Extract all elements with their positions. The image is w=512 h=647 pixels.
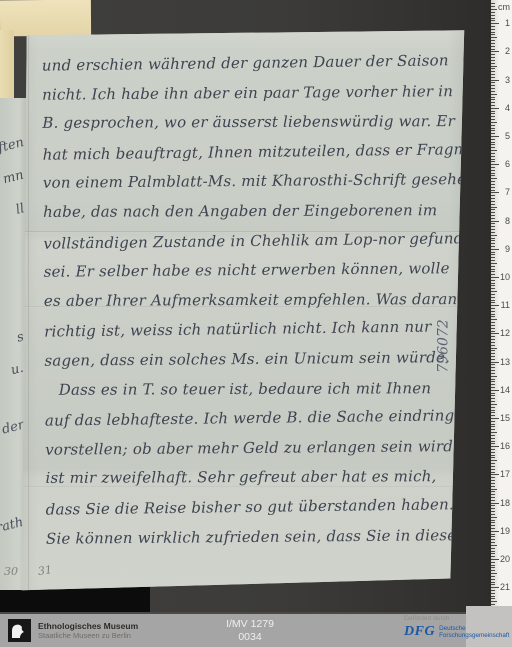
ruler-tick [491, 556, 495, 557]
ruler-tick [491, 483, 495, 484]
handwritten-line: vollständigen Zustande in Chehlik am Lop… [43, 229, 482, 253]
measuring-ruler: cm 12345678910111213141516171819202122 [491, 0, 512, 620]
shelfmark-reference: I/MV 1279 0034 [190, 618, 310, 644]
ruler-tick [491, 175, 495, 176]
ruler-tick [491, 159, 495, 160]
ruler-tick [491, 246, 495, 247]
ruler-tick [491, 243, 495, 244]
ruler-tick [491, 551, 495, 552]
ruler-number: 8 [505, 216, 510, 226]
ruler-number: 10 [500, 272, 510, 282]
ruler-tick [491, 209, 495, 210]
ruler-tick [491, 472, 495, 473]
shelfmark-line2: 0034 [190, 631, 310, 644]
ruler-tick [491, 460, 497, 461]
ruler-tick [491, 119, 495, 120]
ruler-tick [491, 596, 495, 597]
ruler-tick [491, 410, 495, 411]
ruler-tick [491, 54, 495, 55]
ruler-tick [491, 522, 495, 523]
ruler-tick [491, 122, 497, 123]
ruler-tick [491, 500, 495, 501]
ruler-tick [491, 314, 495, 315]
ruler-tick [491, 565, 495, 566]
ruler-number: 13 [500, 357, 510, 367]
ruler-tick [491, 331, 495, 332]
ruler-tick [491, 9, 497, 10]
pencil-page-number: 31 [37, 563, 53, 578]
ruler-tick [491, 387, 495, 388]
museum-glyph-icon [8, 619, 31, 642]
ruler-tick [491, 345, 495, 346]
ruler-number: 15 [500, 413, 510, 423]
ruler-tick [491, 18, 495, 19]
ruler-tick [491, 195, 495, 196]
ruler-tick [491, 29, 495, 30]
ruler-tick [491, 108, 499, 109]
ruler-tick [491, 142, 495, 143]
ruler-tick [491, 466, 495, 467]
dfg-name: Deutsche Forschungsgemeinschaft [439, 625, 509, 639]
ruler-tick [491, 181, 495, 182]
handwritten-line: Dass es in T. so teuer ist, bedaure ich … [59, 379, 432, 399]
ruler-tick [491, 99, 495, 100]
ruler-tick [491, 51, 499, 52]
ruler-tick [491, 46, 495, 47]
ruler-tick [491, 130, 495, 131]
ruler-tick [491, 221, 499, 222]
handwritten-line: nicht. Ich habe ihn aber ein paar Tage v… [42, 82, 453, 104]
ruler-tick [491, 601, 497, 602]
ruler-tick [491, 266, 495, 267]
ruler-tick [491, 393, 495, 394]
ruler-tick [491, 339, 495, 340]
museum-name: Ethnologisches Museum [38, 621, 138, 631]
dfg-name-line1: Deutsche [439, 625, 466, 632]
facing-page-fragment: u. [10, 361, 26, 379]
ruler-tick [491, 57, 495, 58]
ruler-tick [491, 6, 495, 7]
ruler-number: 12 [500, 328, 510, 338]
ruler-tick [491, 238, 495, 239]
ruler-number: 20 [500, 554, 510, 564]
ruler-tick [491, 116, 495, 117]
ruler-tick [491, 525, 495, 526]
ruler-tick [491, 579, 495, 580]
ruler-tick [491, 280, 495, 281]
facing-page-number: 30 [4, 565, 18, 578]
ruler-tick [491, 111, 495, 112]
ruler-tick [491, 285, 495, 286]
ruler-tick [491, 311, 495, 312]
ruler-tick [491, 319, 497, 320]
ruler-number: 3 [505, 75, 510, 85]
ruler-tick [491, 136, 499, 137]
ruler-tick [491, 435, 495, 436]
ruler-tick [491, 190, 495, 191]
ruler-tick [491, 426, 495, 427]
ruler-tick [491, 373, 495, 374]
ruler-tick [491, 376, 497, 377]
ruler-tick [491, 271, 495, 272]
ruler-tick [491, 229, 495, 230]
ruler-number: 1 [505, 18, 510, 28]
ruler-tick [491, 590, 495, 591]
ruler-tick [491, 167, 495, 168]
ruler-tick [491, 291, 497, 292]
footer-bar: Ethnologisches Museum Staatliche Museen … [0, 612, 512, 647]
ruler-tick [491, 297, 495, 298]
ruler-tick [491, 235, 497, 236]
ruler-tick [491, 452, 495, 453]
ruler-tick [491, 170, 495, 171]
ruler-tick [491, 252, 495, 253]
ruler-number: 2 [505, 46, 510, 56]
ruler-tick [491, 257, 495, 258]
ruler-tick [491, 40, 495, 41]
ruler-tick [491, 37, 497, 38]
ruler-tick [491, 277, 499, 278]
ruler-tick [491, 584, 495, 585]
ruler-tick [491, 553, 495, 554]
ruler-tick [491, 80, 499, 81]
ruler-number: 9 [505, 244, 510, 254]
adjacent-page-edge [0, 30, 14, 105]
ruler-tick [491, 263, 497, 264]
ruler-number: 14 [500, 385, 510, 395]
ruler-tick [491, 353, 495, 354]
ruler-tick [491, 322, 495, 323]
ruler-tick [491, 342, 495, 343]
ruler-tick [491, 254, 495, 255]
ruler-tick [491, 173, 495, 174]
ruler-tick [491, 381, 495, 382]
ruler-tick [491, 3, 495, 4]
ruler-tick [491, 77, 495, 78]
museum-subtitle: Staatliche Museen zu Berlin [38, 631, 138, 640]
ruler-tick [491, 12, 495, 13]
ruler-tick [491, 604, 495, 605]
ruler-tick [491, 395, 495, 396]
ruler-tick [491, 32, 495, 33]
ruler-tick [491, 548, 495, 549]
ruler-tick [491, 384, 495, 385]
ruler-tick [491, 536, 495, 537]
handwritten-line: habe, das nach den Angaben der Eingebore… [43, 201, 437, 221]
ruler-tick [491, 359, 495, 360]
handwritten-line: und erschien während der ganzen Dauer de… [42, 51, 449, 74]
ruler-tick [491, 43, 495, 44]
ruler-tick [491, 153, 495, 154]
museum-logo-icon [8, 619, 31, 642]
ruler-tick [491, 156, 495, 157]
ruler-tick [491, 379, 495, 380]
ruler-tick [491, 489, 497, 490]
ruler-tick [491, 545, 497, 546]
ruler-tick [491, 226, 495, 227]
ruler-tick [491, 514, 495, 515]
ruler-tick [491, 150, 497, 151]
ruler-tick [491, 401, 495, 402]
ruler-tick [491, 348, 497, 349]
ruler-number: 7 [505, 187, 510, 197]
handwritten-line: sagen, dass ein solches Ms. ein Unicum s… [44, 348, 450, 370]
ruler-number: 5 [505, 131, 510, 141]
ruler-tick [491, 457, 495, 458]
ruler-tick [491, 367, 495, 368]
ruler-tick [491, 438, 495, 439]
ruler-number: 17 [500, 469, 510, 479]
ruler-tick [491, 328, 495, 329]
handwritten-line: sei. Er selber habe es nicht erwerben kö… [44, 259, 450, 281]
ruler-tick [491, 455, 495, 456]
ruler-tick [491, 463, 495, 464]
ruler-tick [491, 240, 495, 241]
ruler-tick [491, 232, 495, 233]
handwritten-line: B. gesprochen, wo er äusserst liebenswür… [42, 112, 455, 132]
funding-credit: Gefördert durch DFG Deutsche Forschungsg… [404, 615, 504, 640]
ruler-tick [491, 449, 495, 450]
handwritten-line: hat mich beauftragt, Ihnen mitzuteilen, … [43, 140, 503, 164]
ruler-tick [491, 305, 499, 306]
ruler-number: 4 [505, 103, 510, 113]
ruler-tick [491, 441, 495, 442]
ruler-tick [491, 582, 495, 583]
ruler-tick [491, 505, 495, 506]
facing-page-fragment: rath [0, 515, 25, 536]
ruler-tick [491, 71, 495, 72]
ruler-tick [491, 113, 495, 114]
ruler-tick [491, 274, 495, 275]
ruler-tick [491, 429, 495, 430]
ruler-number: 16 [500, 441, 510, 451]
ruler-tick [491, 23, 499, 24]
ruler-tick [491, 486, 495, 487]
ruler-tick [491, 15, 495, 16]
ruler-tick [491, 102, 495, 103]
ruler-tick [491, 269, 495, 270]
ruler-tick [491, 528, 495, 529]
ruler-tick [491, 494, 495, 495]
ruler-tick [491, 370, 495, 371]
dfg-logo: DFG [404, 624, 435, 640]
ruler-tick [491, 356, 495, 357]
ruler-tick [491, 26, 495, 27]
ruler-tick [491, 283, 495, 284]
ruler-tick [491, 105, 495, 106]
ruler-tick [491, 421, 495, 422]
ruler-tick [491, 573, 497, 574]
ruler-tick [491, 128, 495, 129]
ruler-tick [491, 97, 495, 98]
ruler-tick [491, 446, 499, 447]
ruler-tick [491, 511, 495, 512]
ruler-tick [491, 390, 499, 391]
ruler-tick [491, 474, 499, 475]
archival-scan-view: ftenmnllsu.derrath 30 und erschien währe… [0, 0, 512, 647]
ruler-tick [491, 184, 495, 185]
ruler-tick [491, 407, 495, 408]
ruler-tick [491, 469, 495, 470]
ruler-tick [491, 125, 495, 126]
ruler-tick [491, 559, 499, 560]
facing-page-fragment: ften [0, 135, 25, 156]
ruler-tick [491, 178, 497, 179]
ruler-tick [491, 192, 499, 193]
ruler-tick [491, 598, 495, 599]
ruler-tick [491, 531, 499, 532]
ruler-tick [491, 294, 495, 295]
handwritten-line: es aber Ihrer Aufmerksamkeit empfehlen. … [44, 290, 457, 310]
ruler-tick [491, 567, 495, 568]
ruler-tick [491, 82, 495, 83]
ruler-tick [491, 542, 495, 543]
handwritten-line: von einem Palmblatt-Ms. mit Kharosthi-Sc… [43, 170, 476, 192]
ruler-tick [491, 497, 495, 498]
ruler-tick [491, 288, 495, 289]
ruler-tick [491, 418, 499, 419]
ruler-tick [491, 398, 495, 399]
ruler-number: 11 [501, 300, 510, 310]
ruler-tick [491, 63, 495, 64]
ruler-tick [491, 336, 495, 337]
shelfmark-line1: I/MV 1279 [190, 618, 310, 631]
ruler-number: 21 [500, 582, 510, 592]
ruler-tick [491, 49, 495, 50]
ruler-tick [491, 517, 497, 518]
ruler-tick [491, 223, 495, 224]
ruler-tick [491, 443, 495, 444]
ruler-tick [491, 302, 495, 303]
ruler-tick [491, 164, 499, 165]
museum-branding: Ethnologisches Museum Staatliche Museen … [8, 619, 138, 642]
ruler-tick [491, 66, 497, 67]
ruler-tick [491, 587, 499, 588]
vertical-inventory-annotation: 796072 [435, 319, 451, 372]
ruler-tick [491, 424, 495, 425]
handwritten-line: auf das lebhafteste. Ich werde B. die Sa… [45, 406, 483, 430]
ruler-tick [491, 539, 495, 540]
ruler-tick [491, 94, 497, 95]
dfg-logo-row: DFG Deutsche Forschungsgemeinschaft [404, 624, 504, 640]
ruler-tick [491, 133, 495, 134]
ruler-tick [491, 74, 495, 75]
ruler-unit-label: cm [498, 2, 510, 12]
ruler-tick [491, 308, 495, 309]
ruler-tick [491, 161, 495, 162]
ruler-tick [491, 362, 499, 363]
ruler-tick [491, 570, 495, 571]
handwritten-line: dass Sie die Reise bisher so gut übersta… [46, 495, 454, 518]
ruler-tick [491, 562, 495, 563]
ruler-tick [491, 20, 495, 21]
ruler-tick [491, 198, 495, 199]
handwritten-line: richtig ist, weiss ich natürlich nicht. … [44, 318, 432, 341]
ruler-number: 6 [505, 159, 510, 169]
ruler-tick [491, 91, 495, 92]
ruler-tick [491, 415, 495, 416]
ruler-tick [491, 520, 495, 521]
ruler-tick [491, 364, 495, 365]
ruler-tick [491, 503, 499, 504]
ruler-tick [491, 187, 495, 188]
facing-page-fragment: der [0, 418, 25, 438]
ruler-number: 19 [500, 526, 510, 536]
ruler-tick [491, 477, 495, 478]
handwritten-line: ist mir zweifelhaft. Sehr gefreut aber h… [45, 468, 436, 488]
handwritten-line: vorstellen; ob aber mehr Geld zu erlange… [45, 437, 458, 459]
ruler-tick [491, 201, 495, 202]
ruler-tick [491, 576, 495, 577]
ruler-tick [491, 139, 495, 140]
ruler-tick [491, 491, 495, 492]
ruler-tick [491, 480, 495, 481]
ruler-tick [491, 534, 495, 535]
ruler-tick [491, 412, 495, 413]
ruler-tick [491, 60, 495, 61]
ruler-number: 18 [500, 498, 510, 508]
ruler-tick [491, 34, 495, 35]
ruler-tick [491, 249, 499, 250]
ruler-tick [491, 215, 495, 216]
dfg-name-line2: Forschungsgemeinschaft [439, 632, 509, 639]
ruler-tick [491, 333, 499, 334]
ruler-tick [491, 350, 495, 351]
museum-text: Ethnologisches Museum Staatliche Museen … [38, 621, 138, 640]
funding-label: Gefördert durch [404, 615, 504, 622]
ruler-tick [491, 325, 495, 326]
ruler-tick [491, 207, 497, 208]
letter-page: und erschien während der ganzen Dauer de… [20, 28, 466, 592]
ruler-tick [491, 260, 495, 261]
ruler-tick [491, 85, 495, 86]
facing-page-fragment: mn [2, 168, 26, 188]
ruler-tick [491, 593, 495, 594]
ruler-tick [491, 218, 495, 219]
ruler-tick [491, 316, 495, 317]
ruler-tick [491, 432, 497, 433]
ruler-tick [491, 300, 495, 301]
ruler-tick [491, 144, 495, 145]
handwritten-line: Sie können wirklich zufrieden sein, dass… [46, 526, 464, 548]
ruler-tick [491, 212, 495, 213]
ruler-tick [491, 88, 495, 89]
ruler-tick [491, 204, 495, 205]
ruler-tick [491, 404, 497, 405]
ruler-tick [491, 68, 495, 69]
ruler-tick [491, 508, 495, 509]
handwritten-text-block: und erschien während der ganzen Dauer de… [18, 26, 469, 594]
ruler-tick [491, 147, 495, 148]
facing-page-fragment: ll [14, 201, 26, 218]
